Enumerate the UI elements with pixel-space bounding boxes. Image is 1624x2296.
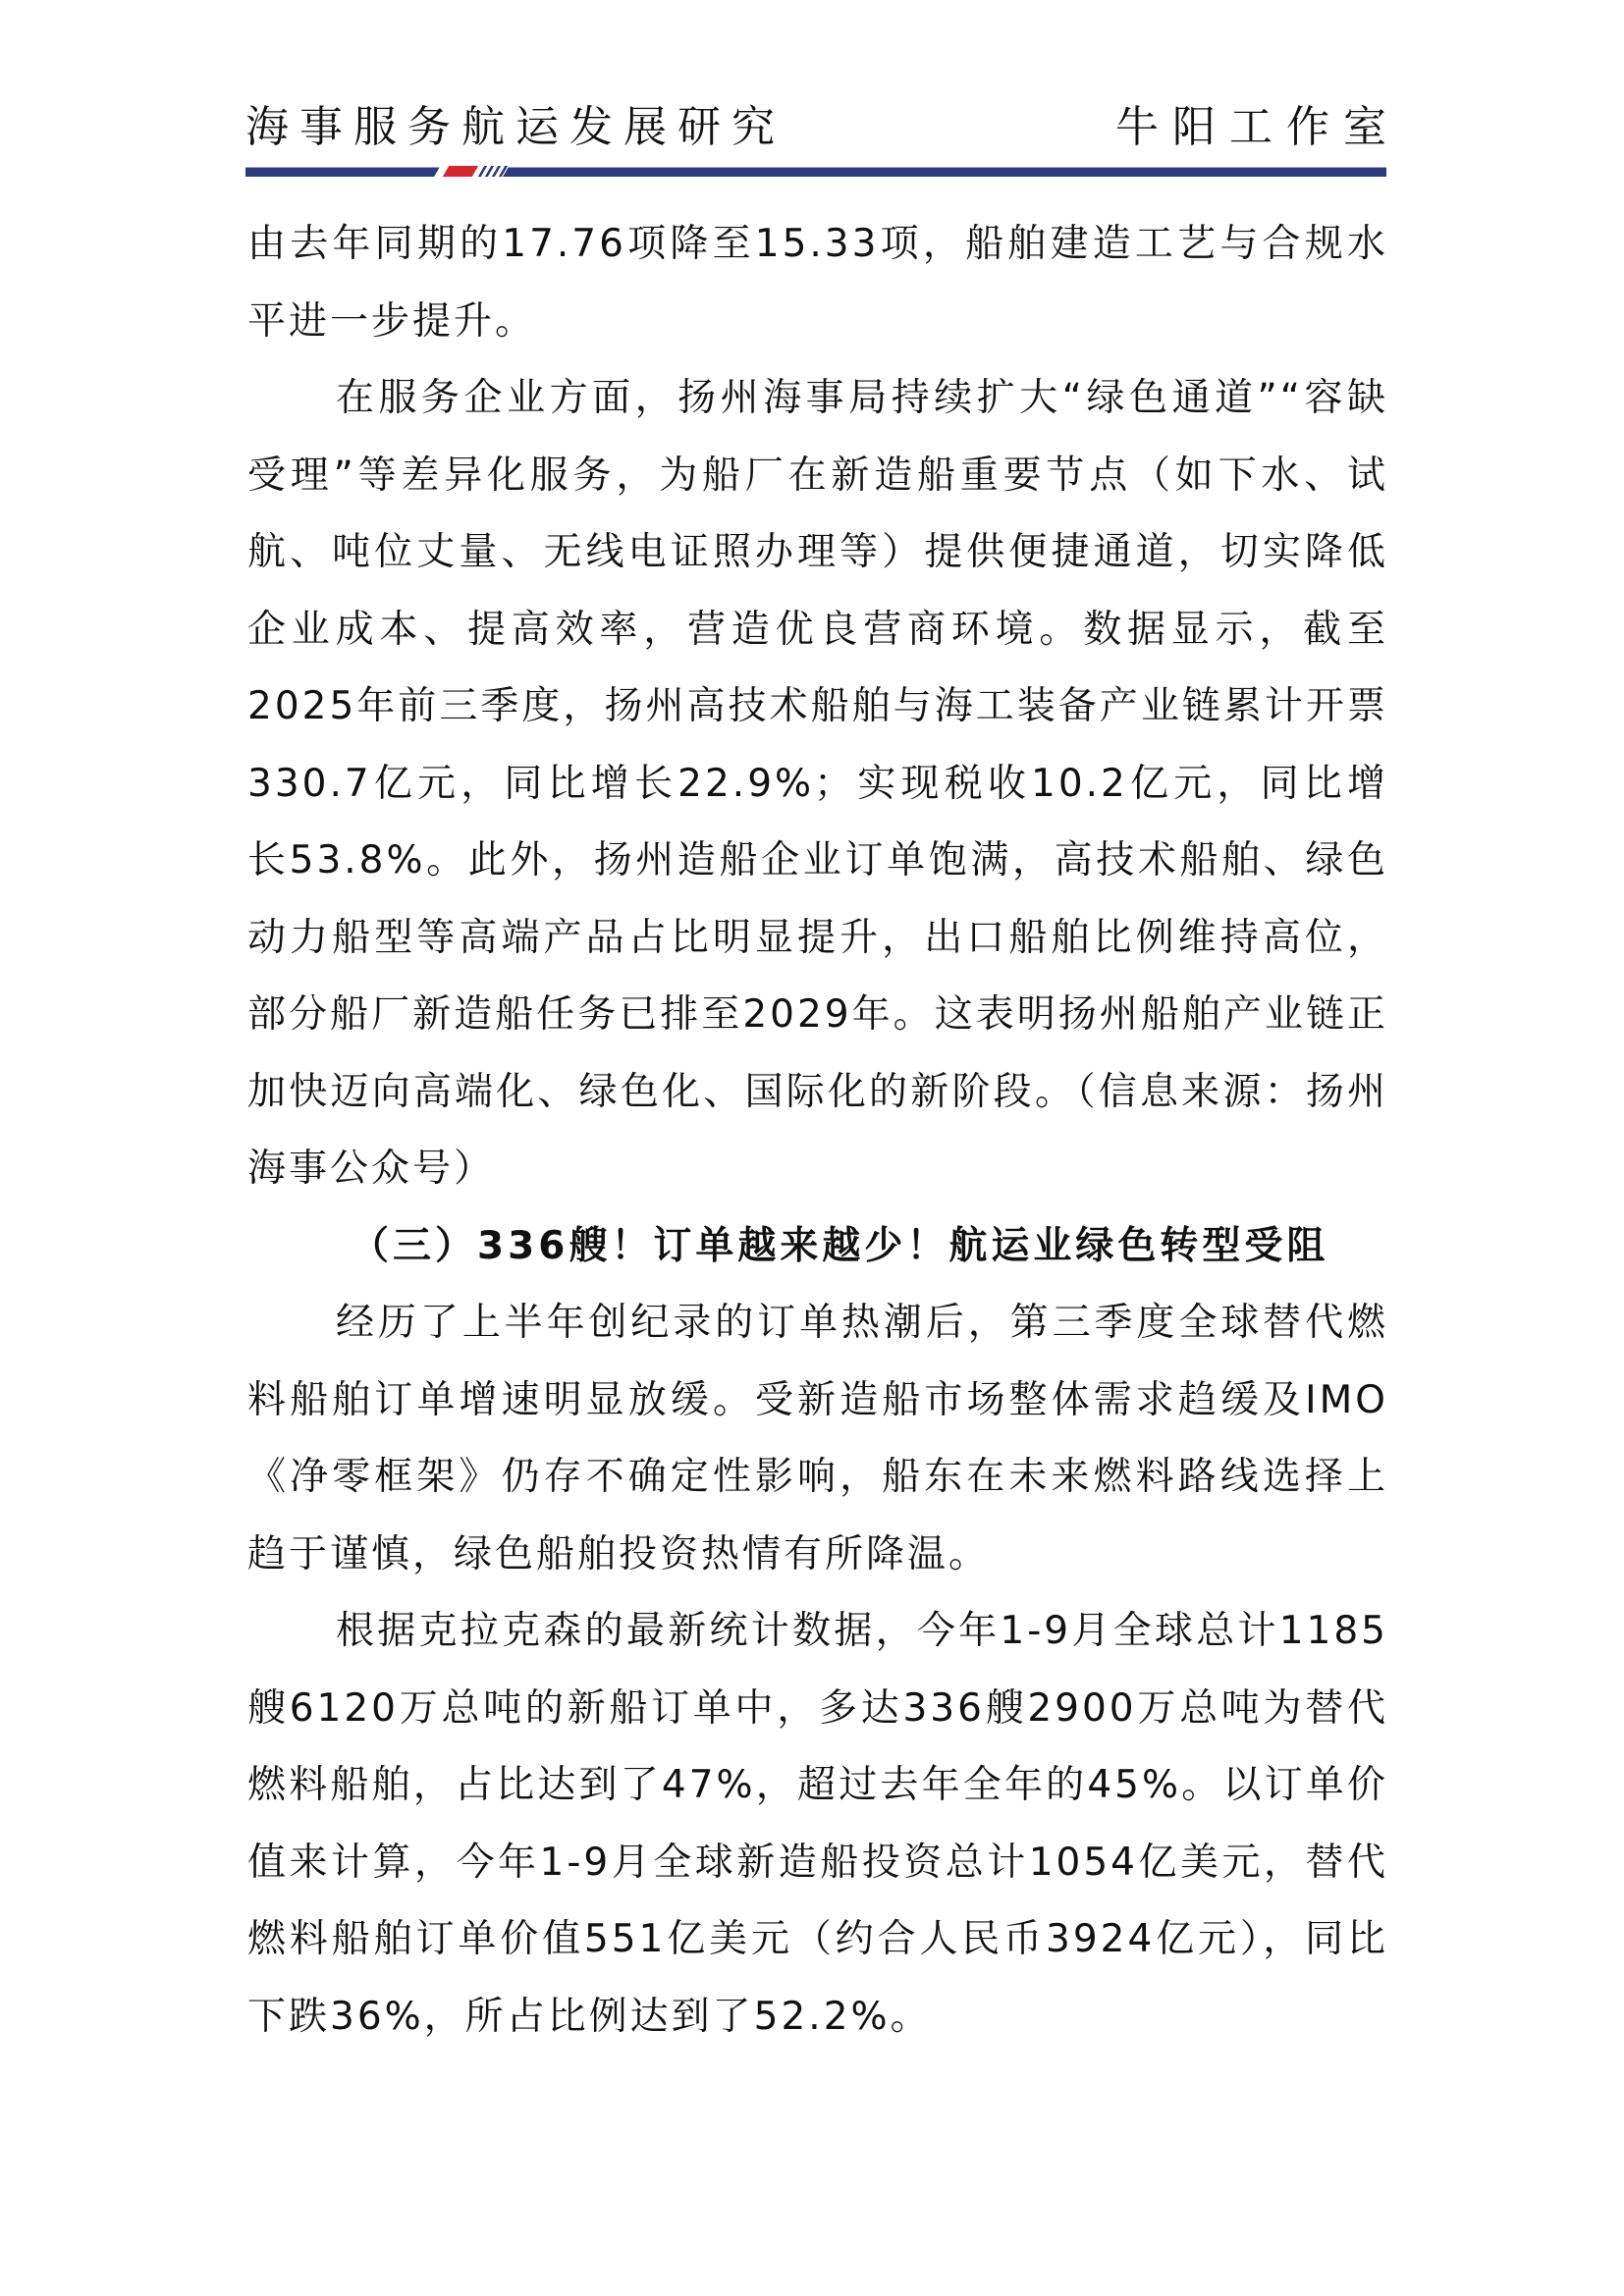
paragraph-yangzhou-services: 在服务企业方面，扬州海事局持续扩大“绿色通道”“容缺受理”等差异化服务，为船厂在… — [247, 360, 1388, 1208]
page-header: 海事服务航运发展研究 牛阳工作室 — [245, 98, 1386, 157]
paragraph-clarksons-stats: 根据克拉克森的最新统计数据，今年1-9月全球总计1185艘6120万总吨的新船订… — [247, 1593, 1388, 2056]
header-studio-name: 牛阳工作室 — [1115, 98, 1400, 157]
paragraph-continuation: 由去年同期的17.76项降至15.33项，船舶建造工艺与合规水平进一步提升。 — [247, 206, 1388, 360]
section-heading: （三）336艘！订单越来越少！航运业绿色转型受阻 — [247, 1208, 1388, 1286]
document-body: 由去年同期的17.76项降至15.33项，船舶建造工艺与合规水平进一步提升。 在… — [247, 206, 1388, 2056]
bar-red-stripe-icon — [443, 166, 478, 177]
paragraph-order-slowdown: 经历了上半年创纪录的订单热潮后，第三季度全球替代燃料船舶订单增速明显放缓。受新造… — [247, 1285, 1388, 1593]
header-title: 海事服务航运发展研究 — [245, 98, 785, 157]
header-divider-bar — [245, 167, 1386, 177]
